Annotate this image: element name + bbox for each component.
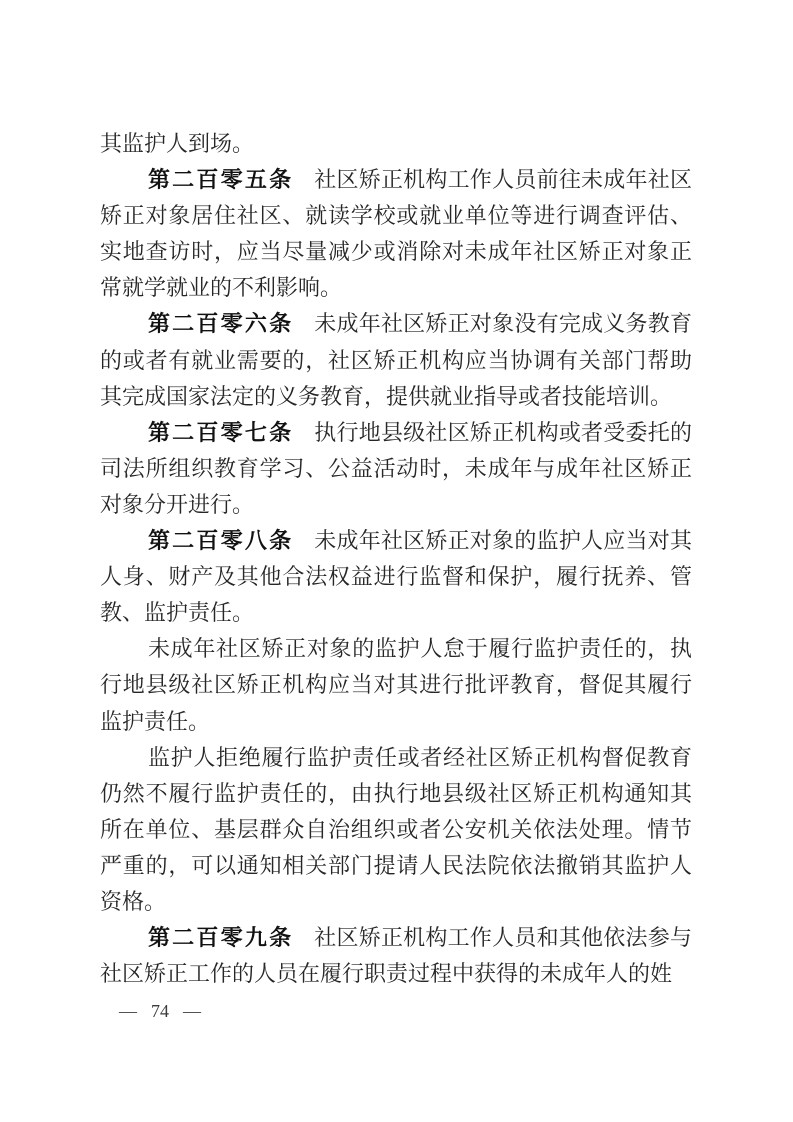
article-paragraph: 第二百零九条社区矫正机构工作人员和其他依法参与社区矫正工作的人员在履行职责过程中…	[100, 920, 692, 992]
footer-dash-left: —	[119, 1001, 137, 1022]
article-paragraph: 第二百零八条未成年社区矫正对象的监护人应当对其人身、财产及其他合法权益进行监督和…	[100, 523, 692, 631]
article-paragraph: 第二百零七条执行地县级社区矫正机构或者受委托的司法所组织教育学习、公益活动时，未…	[100, 415, 692, 523]
article-number: 第二百零八条	[148, 528, 293, 553]
article-paragraph: 第二百零六条未成年社区矫正对象没有完成义务教育的或者有就业需要的，社区矫正机构应…	[100, 306, 692, 414]
article-number: 第二百零九条	[148, 925, 293, 950]
paragraph: 其监护人到场。	[100, 126, 692, 162]
article-paragraph: 第二百零五条社区矫正机构工作人员前往未成年社区矫正对象居住社区、就读学校或就业单…	[100, 162, 692, 306]
paragraph-text: 其监护人到场。	[100, 131, 254, 156]
page-number: 74	[151, 1001, 169, 1022]
page-footer: —74—	[112, 1001, 208, 1022]
document-body: 其监护人到场。第二百零五条社区矫正机构工作人员前往未成年社区矫正对象居住社区、就…	[100, 126, 692, 992]
article-number: 第二百零六条	[148, 311, 293, 336]
article-number: 第二百零五条	[148, 167, 293, 192]
paragraph: 未成年社区矫正对象的监护人怠于履行监护责任的，执行地县级社区矫正机构应当对其进行…	[100, 631, 692, 739]
paragraph-text: 监护人拒绝履行监护责任或者经社区矫正机构督促教育仍然不履行监护责任的，由执行地县…	[100, 745, 692, 914]
paragraph-text: 未成年社区矫正对象的监护人怠于履行监护责任的，执行地县级社区矫正机构应当对其进行…	[100, 636, 692, 733]
paragraph: 监护人拒绝履行监护责任或者经社区矫正机构督促教育仍然不履行监护责任的，由执行地县…	[100, 740, 692, 920]
article-number: 第二百零七条	[148, 420, 293, 445]
footer-dash-right: —	[183, 1001, 201, 1022]
document-page: 其监护人到场。第二百零五条社区矫正机构工作人员前往未成年社区矫正对象居住社区、就…	[0, 0, 793, 1122]
